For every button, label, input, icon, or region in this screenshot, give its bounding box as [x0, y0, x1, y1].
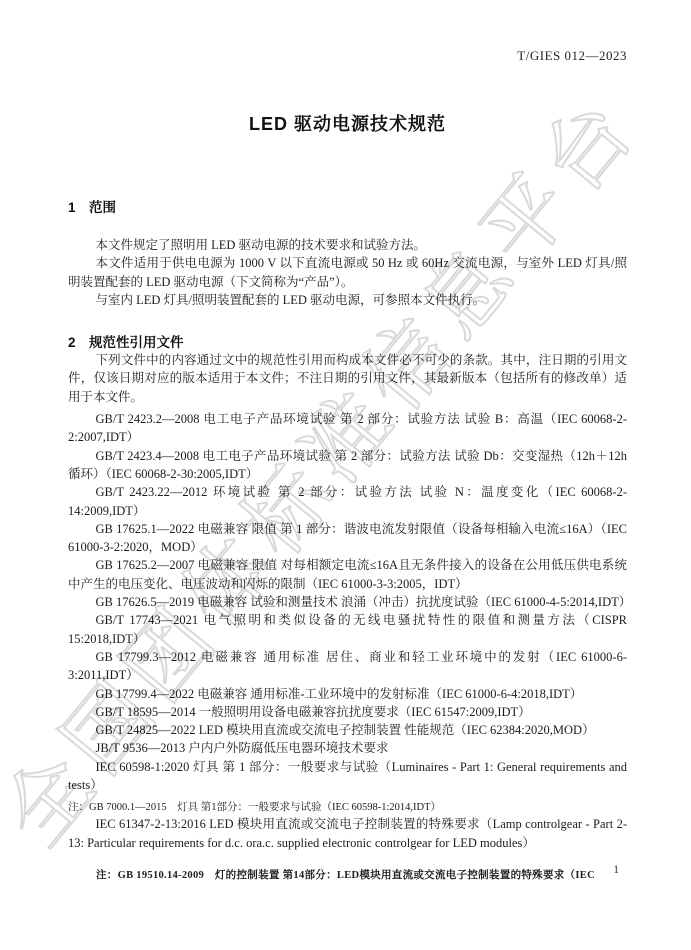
document-page: 全国团体标准信息平台 T/GIES 012—2023 LED 驱动电源技术规范 …: [0, 0, 691, 950]
clause-1-paragraph: 本文件适用于供电电源为 1000 V 以下直流电源或 50 Hz 或 60Hz …: [68, 254, 627, 291]
reference-item: GB 17625.2—2007 电磁兼容 限值 对每相额定电流≤16A且无条件接…: [68, 556, 627, 593]
reference-item: GB/T 24825—2022 LED 模块用直流或交流电子控制装置 性能规范（…: [68, 721, 627, 739]
reference-item: GB/T 18595—2014 一般照明用设备电磁兼容抗扰度要求（IEC 615…: [68, 703, 627, 721]
reference-item: GB 17626.5—2019 电磁兼容 试验和测量技术 浪涌（冲击）抗扰度试验…: [68, 593, 627, 611]
clause-1-heading: 1 范围: [68, 196, 627, 216]
clause-1-paragraph: 本文件规定了照明用 LED 驱动电源的技术要求和试验方法。: [68, 236, 627, 254]
reference-item: GB 17799.3—2012 电磁兼容 通用标准 居住、商业和轻工业环境中的发…: [68, 648, 627, 685]
normative-references-list: GB/T 2423.2—2008 电工电子产品环境试验 第 2 部分：试验方法 …: [68, 410, 627, 883]
clause-1-body: 本文件规定了照明用 LED 驱动电源的技术要求和试验方法。 本文件适用于供电电源…: [68, 236, 627, 309]
reference-item: GB/T 17743—2021 电气照明和类似设备的无线电骚扰特性的限值和测量方…: [68, 611, 627, 648]
reference-item: IEC 60598-1:2020 灯具 第 1 部分：一般要求与试验（Lumin…: [68, 758, 627, 795]
reference-item: GB/T 2423.22—2012 环境试验 第 2 部分：试验方法 试验 N：…: [68, 483, 627, 520]
reference-item: GB 17799.4—2022 电磁兼容 通用标准-工业环境中的发射标准（IEC…: [68, 685, 627, 703]
clause-2-intro: 下列文件中的内容通过文中的规范性引用而构成本文件必不可少的条款。其中，注日期的引…: [68, 351, 627, 406]
reference-item: GB/T 2423.4—2008 电工电子产品环境试验 第 2 部分：试验方法 …: [68, 447, 627, 484]
document-title: LED 驱动电源技术规范: [68, 110, 627, 136]
page-number: 1: [613, 864, 619, 876]
reference-item: IEC 61347-2-13:2016 LED 模块用直流或交流电子控制装置的特…: [68, 815, 627, 852]
reference-item: GB/T 2423.2—2008 电工电子产品环境试验 第 2 部分：试验方法 …: [68, 410, 627, 447]
standard-code: T/GIES 012—2023: [68, 48, 627, 64]
clause-2-heading: 2 规范性引用文件: [68, 331, 627, 351]
page-content: T/GIES 012—2023 LED 驱动电源技术规范 1 范围 本文件规定了…: [0, 0, 691, 883]
clause-1-paragraph: 与室内 LED 灯具/照明装置配套的 LED 驱动电源，可参照本文件执行。: [68, 291, 627, 309]
reference-note: 注：GB 19510.14-2009 灯的控制装置 第14部分：LED模块用直流…: [68, 868, 627, 883]
reference-item: JB/T 9536—2013 户内户外防腐低压电器环境技术要求: [68, 739, 627, 757]
reference-note: 注：GB 7000.1—2015 灯具 第1部分：一般要求与试验（IEC 605…: [68, 800, 627, 815]
reference-item: GB 17625.1—2022 电磁兼容 限值 第 1 部分：谐波电流发射限值（…: [68, 520, 627, 557]
